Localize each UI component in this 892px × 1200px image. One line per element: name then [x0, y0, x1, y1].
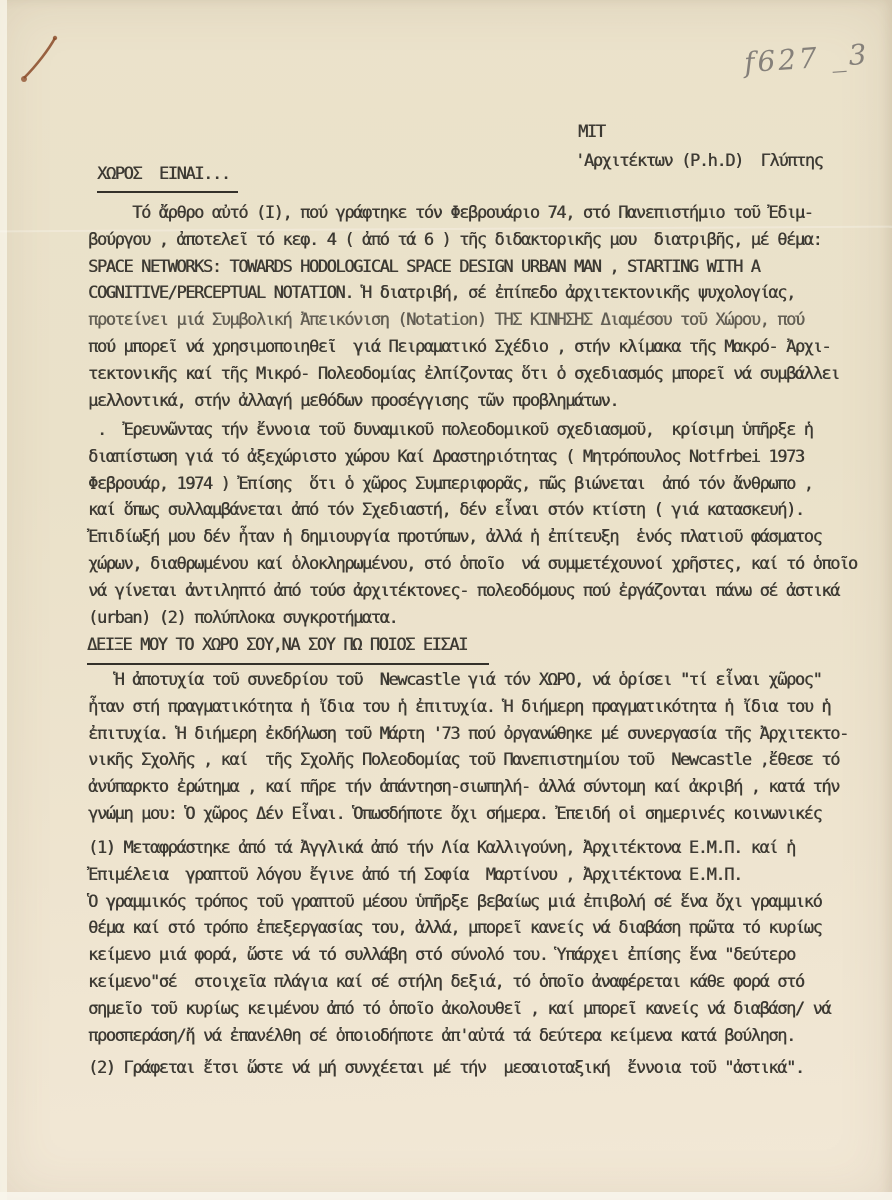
text-line: προσπεράση/ἤ νά ἐπανέλθη σέ ὁποιοδήποτε …: [88, 1023, 830, 1050]
text-line: τεκτονικῆς καί τῆς Μικρό- Πολεοδομίας ἐλ…: [88, 361, 839, 388]
text-line: προτείνει μιά Συμβολική Ἀπεικόνιση (Nota…: [88, 307, 839, 334]
text-line: ἀνύπαρκτο ἐρώτημα , καί πῆρε τήν ἀπάντησ…: [88, 774, 848, 801]
text-line: (2) Γράφεται ἔτσι ὥστε νά μή συνχέεται μ…: [88, 1055, 804, 1082]
text-line: μελλοντικά, στήν ἀλλαγή μεθόδων προσέγγι…: [88, 388, 839, 415]
text-line: νά γίνεται ἀντιληπτό ἀπό τούσ ἀρχιτέκτον…: [88, 578, 857, 605]
text-line: γνώμη μου: Ὁ χῶρος Δέν Εἶναι. Ὁπωσδήποτε…: [88, 801, 848, 828]
text-line: βούργου , ἀποτελεῖ τό κεφ. 4 ( ἀπό τά 6 …: [88, 227, 839, 254]
paper-edge-bottom: [0, 1192, 892, 1200]
text-line: SPACE NETWORKS: TOWARDS HODOLOGICAL SPAC…: [88, 254, 839, 281]
text-line: (1) Μεταφράστηκε ἀπό τά Ἀγγλικά ἀπό τήν …: [88, 835, 830, 862]
paragraph-intro: Τό ἄρθρο αὐτό (Ι), πού γράφτηκε τόν Φεβρ…: [88, 200, 839, 414]
text-line: καί ὅπως συλλαμβάνεται ἀπό τόν Σχεδιαστή…: [88, 497, 857, 524]
heading-underline-text: ΧΩΡΟΣ ΕΙΝΑΙ...: [97, 161, 238, 193]
scanned-document-page: f627 _3 MIT 'Αρχιτέκτων (P.h.D) Γλύπτης …: [0, 0, 892, 1200]
text-line: διαπίστωση γιά τό ἀξεχώριστο χώρου Καί Δ…: [88, 444, 857, 471]
paragraph-newcastle: Ἡ ἀποτυχία τοῦ συνεδρίου τοῦ Newcastle γ…: [88, 667, 848, 828]
heading-underline-text: ΔΕΙΞΕ ΜΟΥ ΤΟ ΧΩΡΟ ΣΟΥ,ΝΑ ΣΟΥ ΠΩ ΠΟΙΟΣ ΕΙ…: [87, 632, 489, 665]
footnote-1: (1) Μεταφράστηκε ἀπό τά Ἀγγλικά ἀπό τήν …: [88, 835, 830, 1049]
text-line: . Ἐρευνῶντας τήν ἔννοια τοῦ δυναμικοῦ πο…: [88, 417, 857, 444]
text-line: χώρων, διαθρωμένου καί ὁλοκληρωμένου, στ…: [88, 551, 857, 578]
header-credentials: 'Αρχιτέκτων (P.h.D) Γλύπτης: [575, 148, 822, 175]
text-line: COGNITIVE/PERCEPTUAL NOTATION. Ἡ διατριβ…: [88, 280, 839, 307]
text-line: Ὁ γραμμικός τρόπος τοῦ γραπτοῦ μέσου ὑπῆ…: [88, 889, 830, 916]
text-line: κείμενο μιά φορά, ὥστε νά τό συλλάβη στό…: [88, 942, 830, 969]
paper-edge-left: [0, 0, 7, 1200]
text-line: πού μπορεῖ νά χρησιμοποιηθεῖ γιά Πειραμα…: [88, 334, 839, 361]
text-line: Ἐπιδίωξή μου δέν ἦταν ἡ δημιουργία προτύ…: [88, 524, 857, 551]
text-line: Τό ἄρθρο αὐτό (Ι), πού γράφτηκε τόν Φεβρ…: [88, 200, 839, 227]
paragraph-research: . Ἐρευνῶντας τήν ἔννοια τοῦ δυναμικοῦ πο…: [88, 417, 857, 631]
text-line: θέμα καί στό τρόπο ἐπεξεργασίας του, ἀλλ…: [88, 915, 830, 942]
text-line: (urban) (2) πολύπλοκα συγκροτήματα.: [88, 605, 857, 632]
text-line: Ἡ ἀποτυχία τοῦ συνεδρίου τοῦ Newcastle γ…: [88, 667, 848, 694]
text-line: νικῆς Σχολῆς , καί τῆς Σχολῆς Πολεοδομία…: [88, 747, 848, 774]
text-line: σημεῖο τοῦ κυρίως κειμένου ἀπό τό ὁποῖο …: [88, 996, 830, 1023]
section-heading-show-me-your-space: ΔΕΙΞΕ ΜΟΥ ΤΟ ΧΩΡΟ ΣΟΥ,ΝΑ ΣΟΥ ΠΩ ΠΟΙΟΣ ΕΙ…: [87, 632, 489, 665]
header-institution: MIT: [578, 119, 605, 146]
text-line: κείμενο"σέ στοιχεῖα πλάγια καί σέ στήλη …: [88, 969, 830, 996]
handwritten-catalog-number: f627 _3: [743, 38, 871, 80]
pen-stroke-mark: [18, 34, 64, 86]
text-line: Φεβρουάρ, 1974 ) Ἐπίσης ὅτι ὁ χῶρος Συμπ…: [88, 471, 857, 498]
footnote-2: (2) Γράφεται ἔτσι ὥστε νά μή συνχέεται μ…: [88, 1055, 804, 1082]
text-line: Ἐπιμέλεια γραπτοῦ λόγου ἔγινε ἀπό τή Σοφ…: [88, 862, 830, 889]
text-line: ἐπιτυχία. Ἡ διήμερη ἐκδήλωση τοῦ Μάρτη '…: [88, 721, 848, 748]
section-heading-space-is: ΧΩΡΟΣ ΕΙΝΑΙ...: [97, 161, 238, 193]
text-line: ἦταν στή πραγματικότητα ἡ ἴδια του ἡ ἐπι…: [88, 694, 848, 721]
